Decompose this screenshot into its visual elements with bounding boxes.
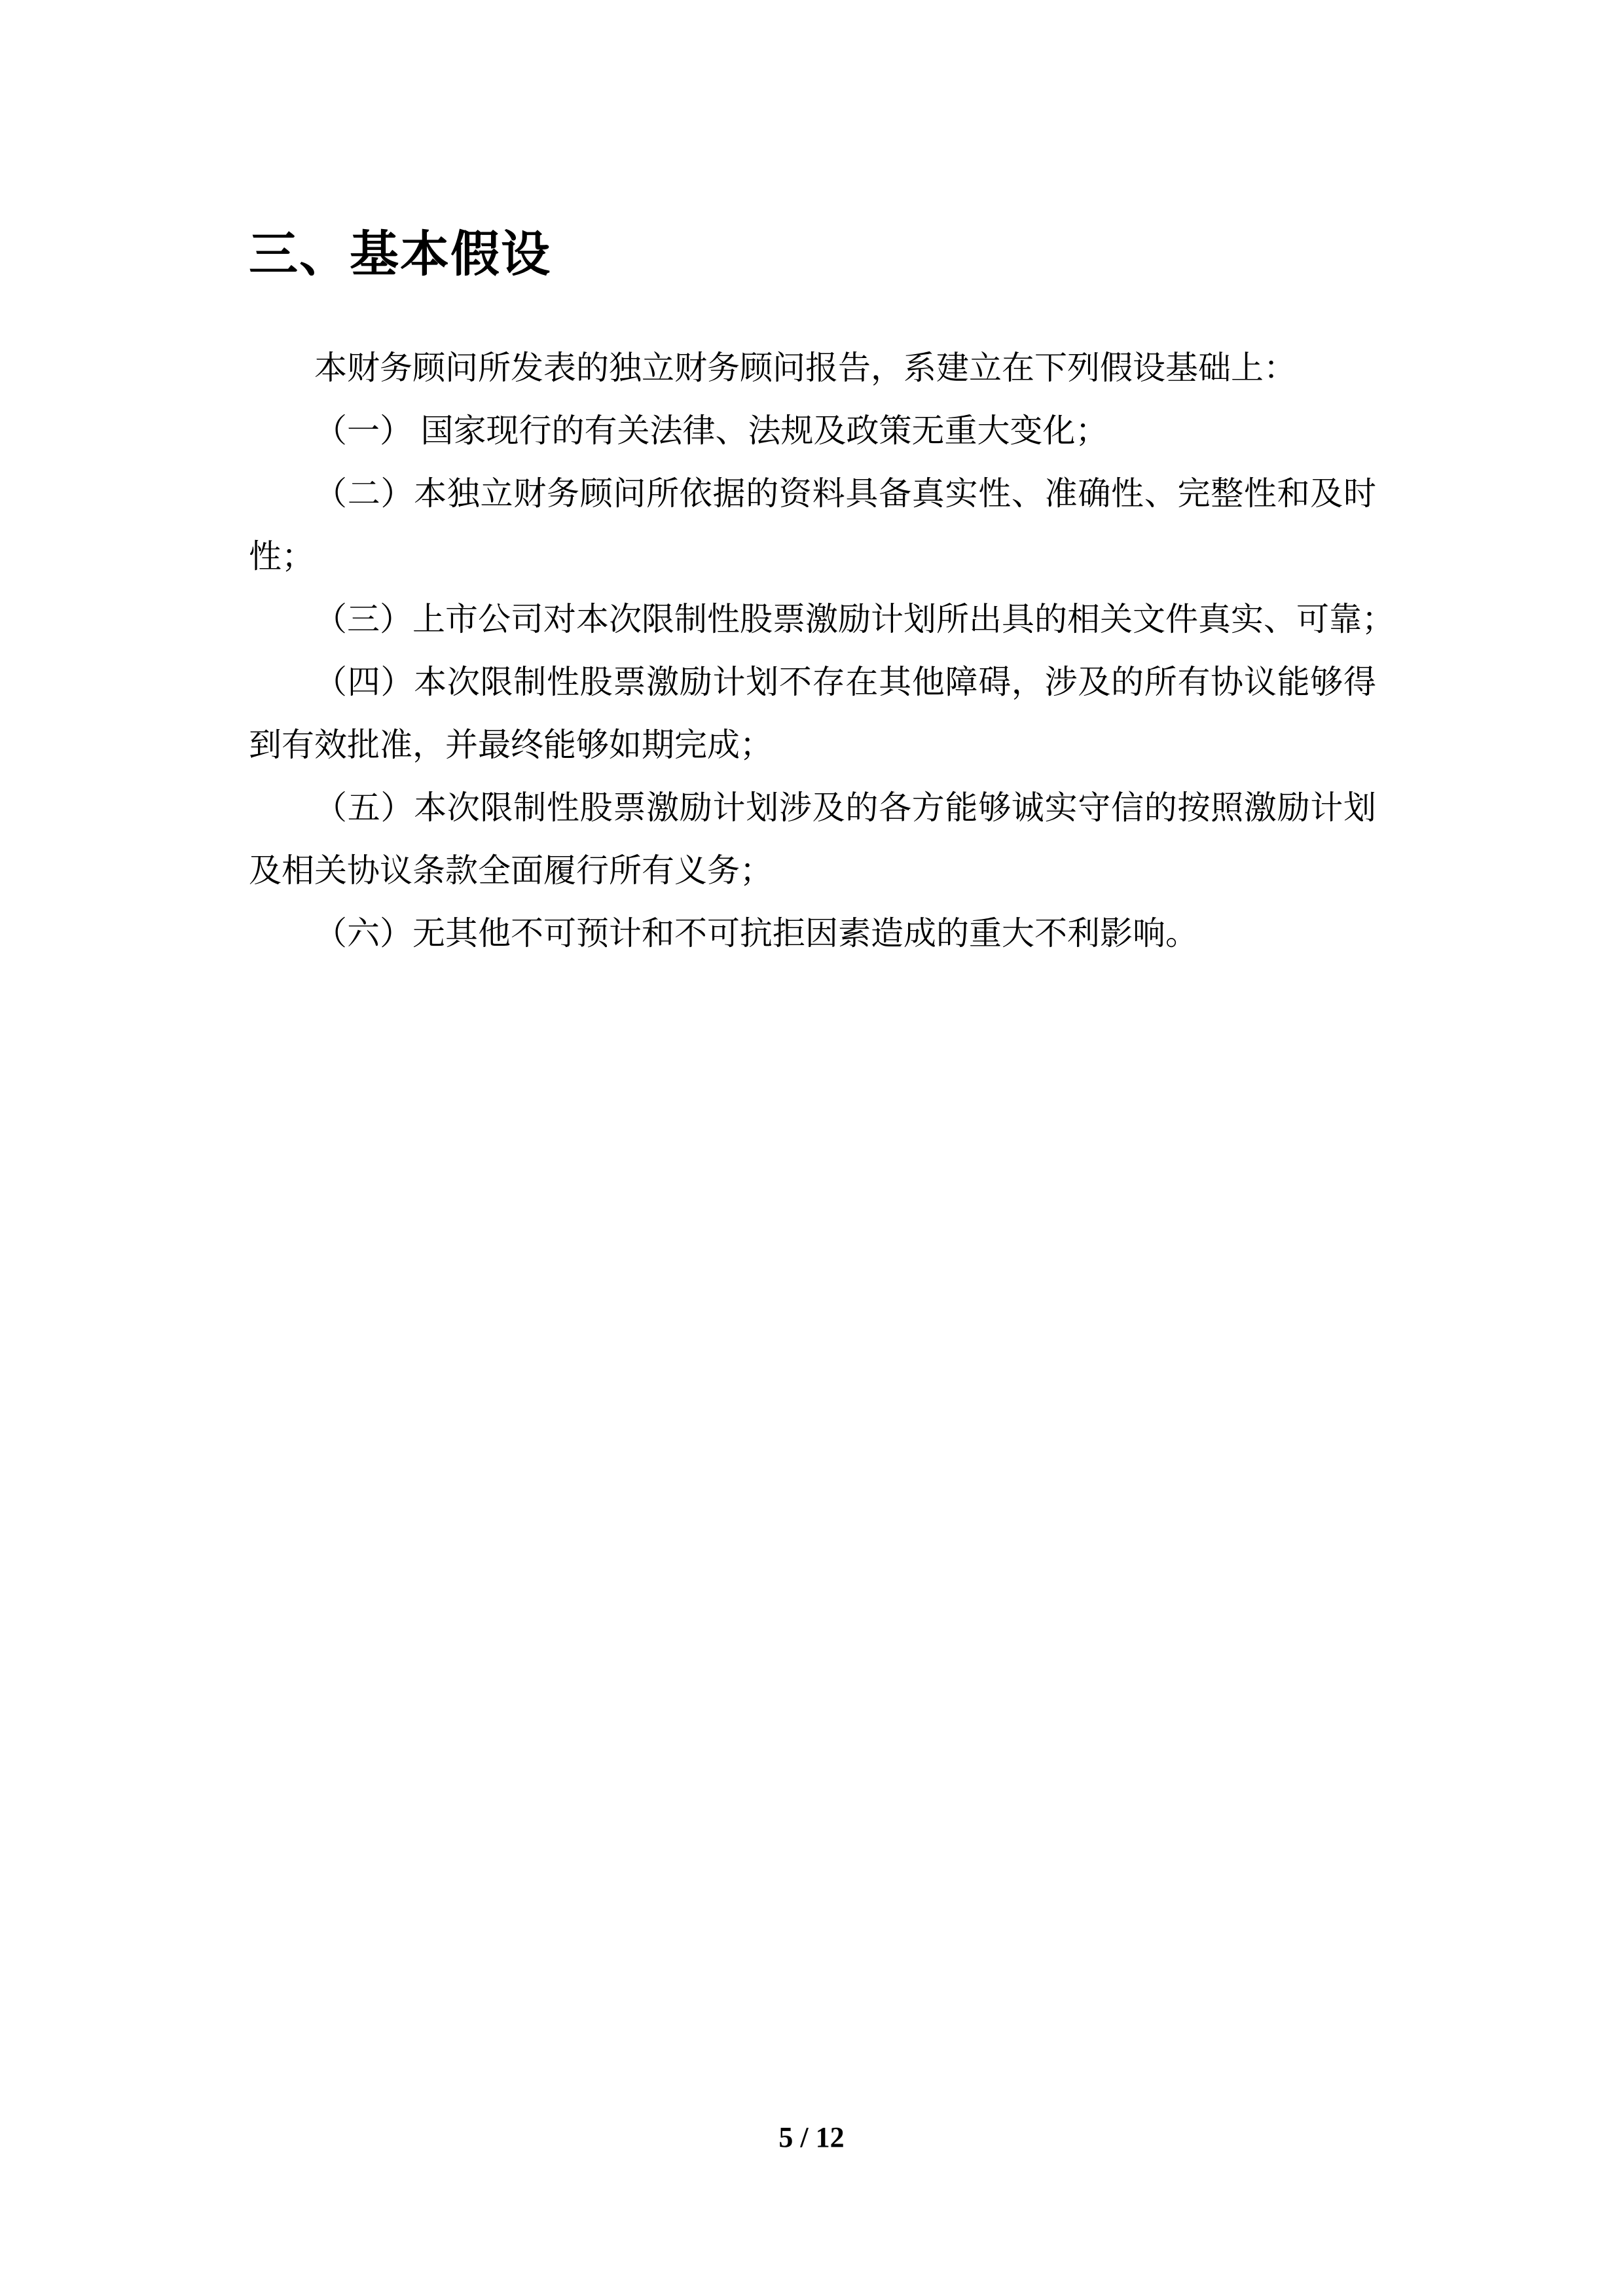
paragraph-assumption-5: （五）本次限制性股票激励计划涉及的各方能够诚实守信的按照激励计划及相关协议条款全… (249, 776, 1376, 902)
section-body: 本财务顾问所发表的独立财务顾问报告，系建立在下列假设基础上： （一） 国家现行的… (249, 336, 1376, 965)
section-heading: 三、基本假设 (249, 226, 551, 285)
document-page: 三、基本假设 本财务顾问所发表的独立财务顾问报告，系建立在下列假设基础上： （一… (0, 0, 1623, 2296)
paragraph-assumption-2: （二）本独立财务顾问所依据的资料具备真实性、准确性、完整性和及时性； (249, 462, 1376, 588)
paragraph-assumption-3: （三）上市公司对本次限制性股票激励计划所出具的相关文件真实、可靠； (249, 588, 1376, 651)
paragraph-assumption-6: （六）无其他不可预计和不可抗拒因素造成的重大不利影响。 (249, 902, 1376, 965)
page-number: 5 / 12 (0, 2121, 1623, 2155)
paragraph-intro: 本财务顾问所发表的独立财务顾问报告，系建立在下列假设基础上： (249, 336, 1376, 399)
paragraph-assumption-4: （四）本次限制性股票激励计划不存在其他障碍，涉及的所有协议能够得到有效批准，并最… (249, 651, 1376, 776)
paragraph-assumption-1: （一） 国家现行的有关法律、法规及政策无重大变化； (249, 399, 1376, 462)
